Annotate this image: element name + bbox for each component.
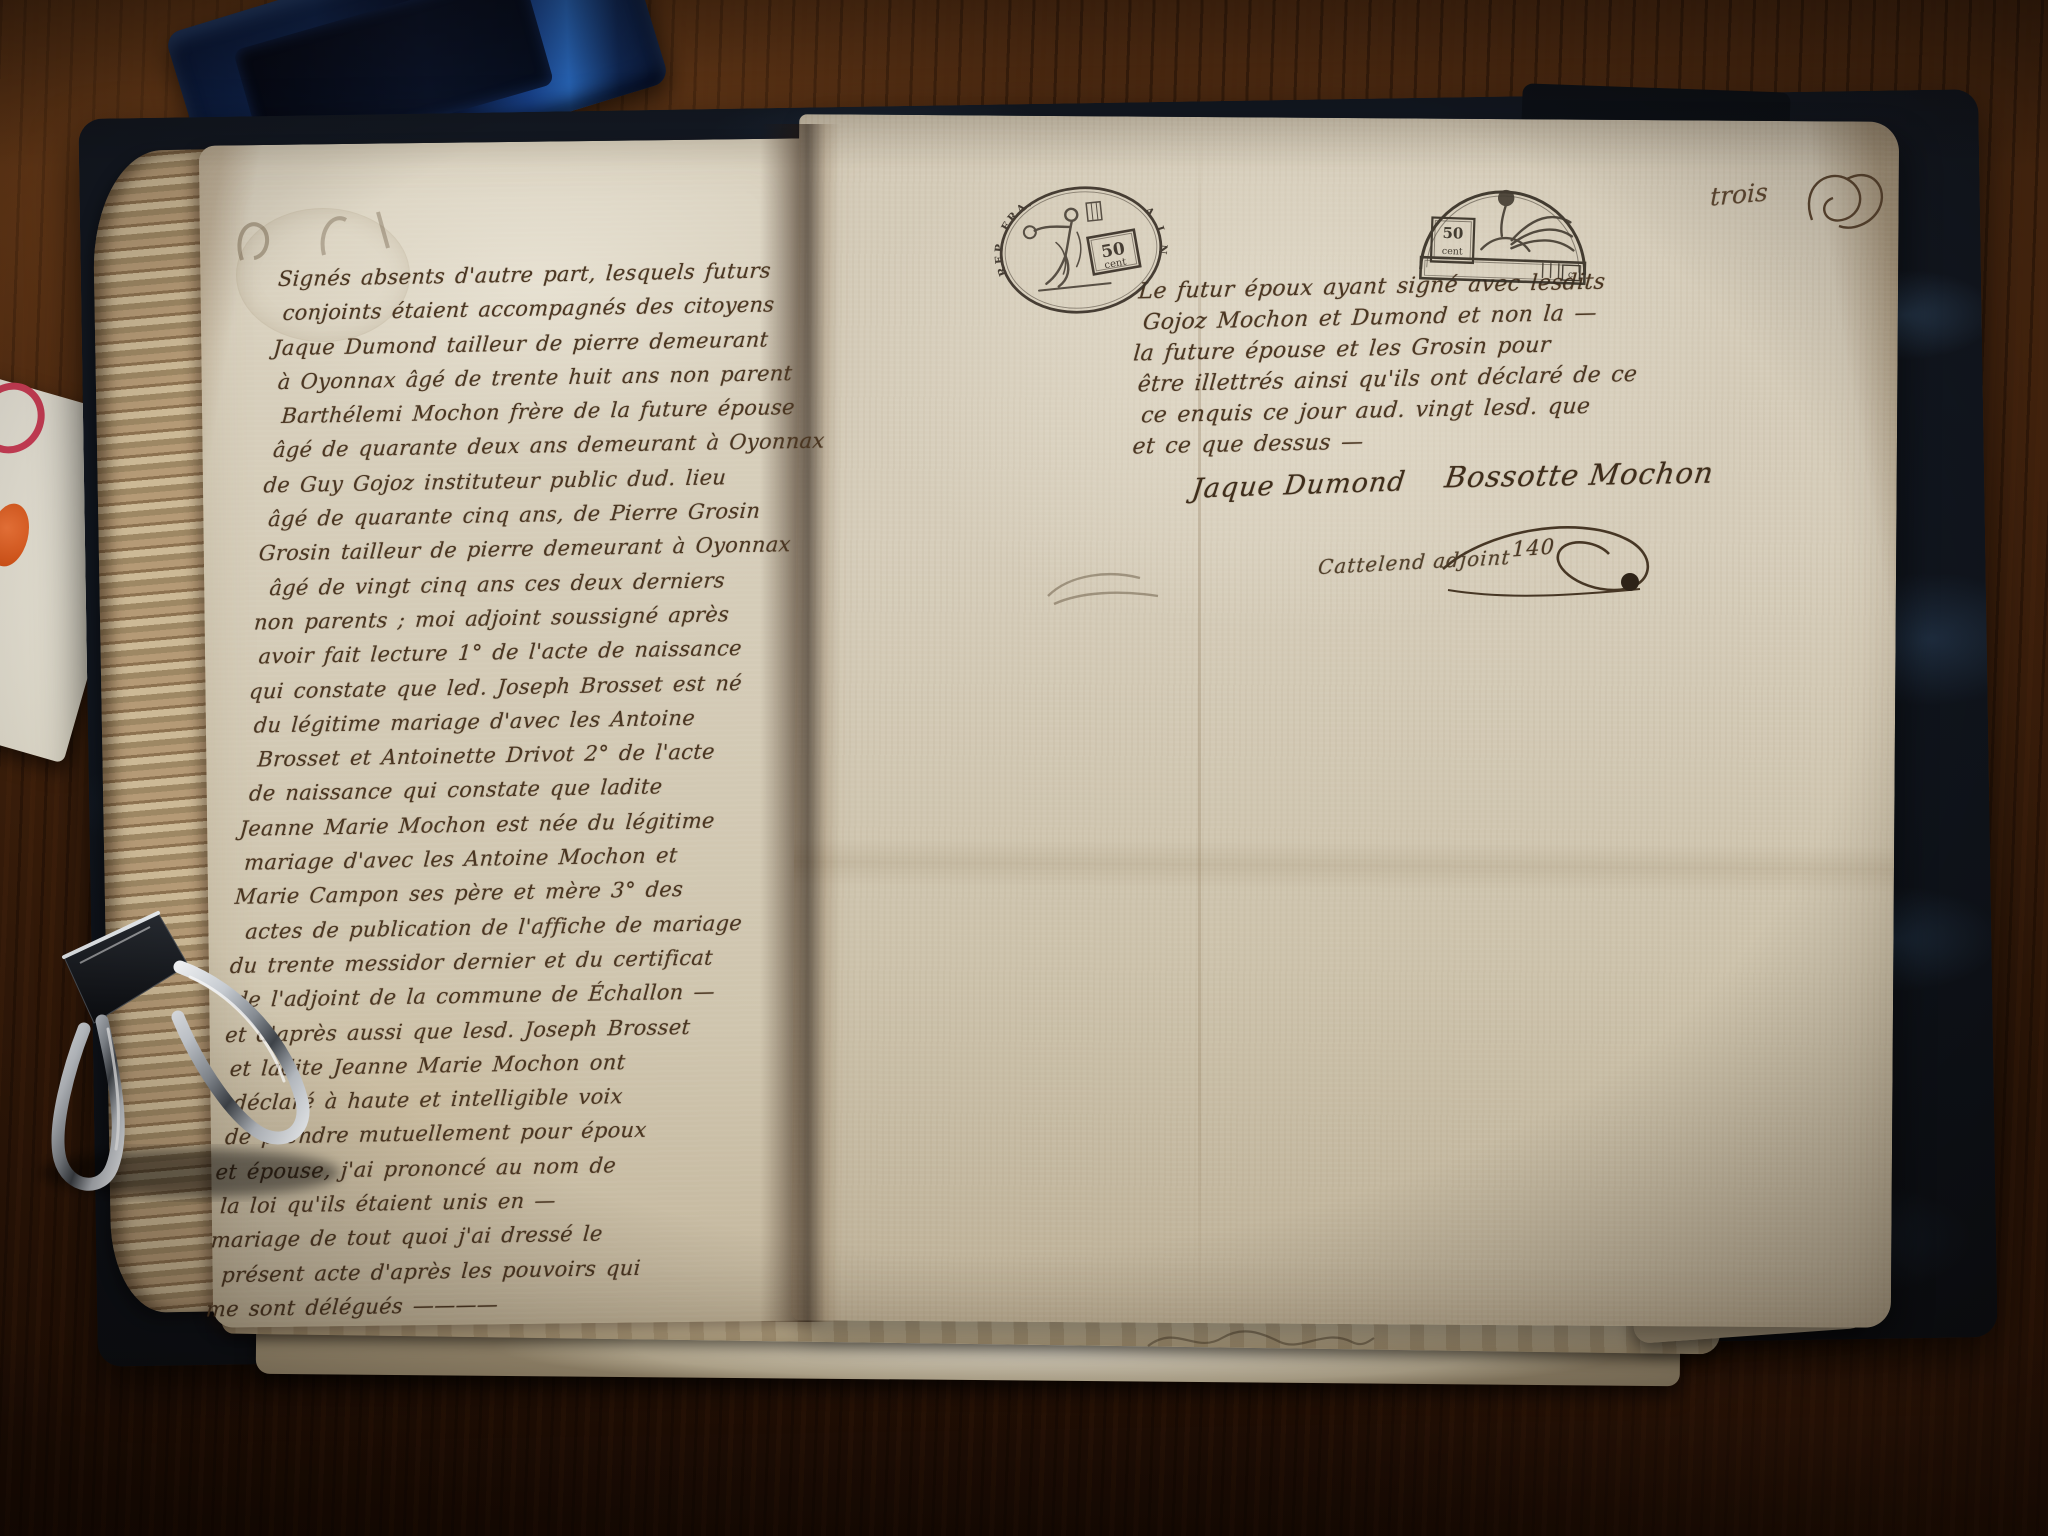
photo-of-open-register: Signés absents d'autre part, lesquels fu… [0, 0, 2048, 1536]
seated-figure-icon [1021, 202, 1110, 292]
clip-handle-right [178, 967, 303, 1138]
signature-bossotte-mochon: Bossotte Mochon [1443, 456, 1717, 495]
stamp-unit: cent [1442, 246, 1463, 258]
revenue-stamp-half-round: 50 cent c [1410, 173, 1598, 291]
signature-paraph-flourish [1428, 494, 1678, 604]
corner-note-flourish [1792, 158, 1897, 248]
revenue-stamp-oval: REP. FRA. A I N. 50 cent [988, 173, 1173, 326]
corner-price-note: trois [1710, 177, 1768, 211]
stamp-corner-letter: c [1568, 270, 1573, 280]
faint-pencil-flourish [1040, 556, 1170, 611]
stamp-value-box: 50 cent [1088, 230, 1141, 275]
binder-clip [30, 905, 360, 1205]
ink-blot [1621, 573, 1639, 591]
stamp-value: 50 [1442, 224, 1463, 243]
right-page-text: Le futur époux ayant signé avec lesdits … [1124, 263, 1760, 462]
